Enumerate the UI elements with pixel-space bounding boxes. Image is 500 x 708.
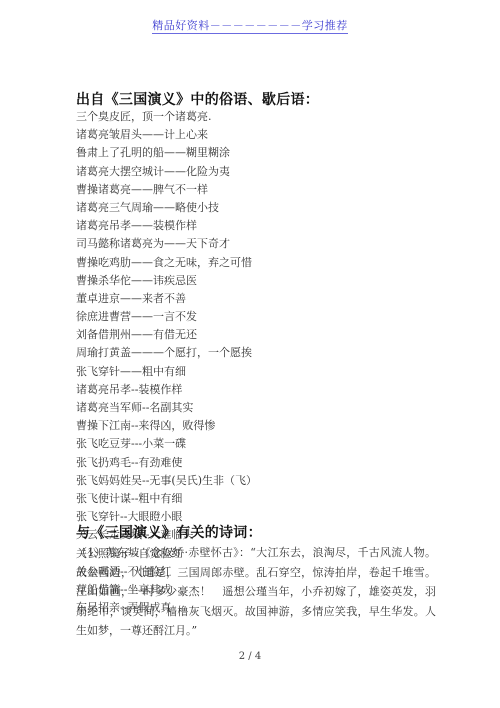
saying-item: 诸葛亮吊孝——装模作样: [76, 217, 257, 235]
saying-item: 周瑜打黄盖———个愿打，一个愿挨: [76, 344, 257, 362]
saying-item: 曹操杀华佗——讳疾忌医: [76, 272, 257, 290]
poem-paragraph: （1）苏东坡《念奴娇·赤壁怀古》：“大江东去，浪淘尽，千古风流人物。故垒西边，人…: [76, 543, 436, 641]
saying-item: 曹操下江南--来得凶，败得惨: [76, 417, 257, 435]
saying-item: 张飞吃豆芽---小菜一碟: [76, 435, 257, 453]
saying-item: 诸葛亮当军师--名副其实: [76, 399, 257, 417]
saying-item: 董卓进京——来者不善: [76, 290, 257, 308]
saying-item: 刘备借荆州——有借无还: [76, 326, 257, 344]
saying-item: 曹操诸葛亮——脾气不一样: [76, 181, 257, 199]
saying-item: 诸葛亮三气周瑜——略使小技: [76, 199, 257, 217]
saying-item: 诸葛亮皱眉头——计上心来: [76, 126, 257, 144]
saying-item: 鲁肃上了孔明的船——糊里糊涂: [76, 144, 257, 162]
section-heading-poems: 与《三国演义》有关的诗词：: [76, 522, 262, 542]
section-heading-sayings: 出自《三国演义》中的俗语、歇后语：: [76, 89, 319, 109]
page-header: 精品好资料－－－－－－－－学习推荐: [0, 17, 500, 33]
saying-item: 张飞妈妈姓吴--无事(吴氏)生非（飞）: [76, 472, 257, 490]
saying-item: 张飞使计谋--粗中有细: [76, 490, 257, 508]
header-link-text[interactable]: 精品好资料－－－－－－－－学习推荐: [152, 19, 348, 34]
saying-item: 诸葛亮吊孝--装模作样: [76, 381, 257, 399]
saying-item: 司马懿称诸葛亮为——天下奇才: [76, 235, 257, 253]
saying-item: 三个臭皮匠，顶一个诸葛亮.: [76, 108, 257, 126]
page-number: 2 / 4: [0, 651, 500, 662]
saying-item: 张飞扔鸡毛--有劲难使: [76, 454, 257, 472]
saying-item: 曹操吃鸡肋——食之无味，弃之可惜: [76, 254, 257, 272]
saying-item: 诸葛亮大摆空城计——化险为夷: [76, 163, 257, 181]
saying-item: 张飞穿针——粗中有细: [76, 363, 257, 381]
saying-item: 徐庶进曹营——一言不发: [76, 308, 257, 326]
